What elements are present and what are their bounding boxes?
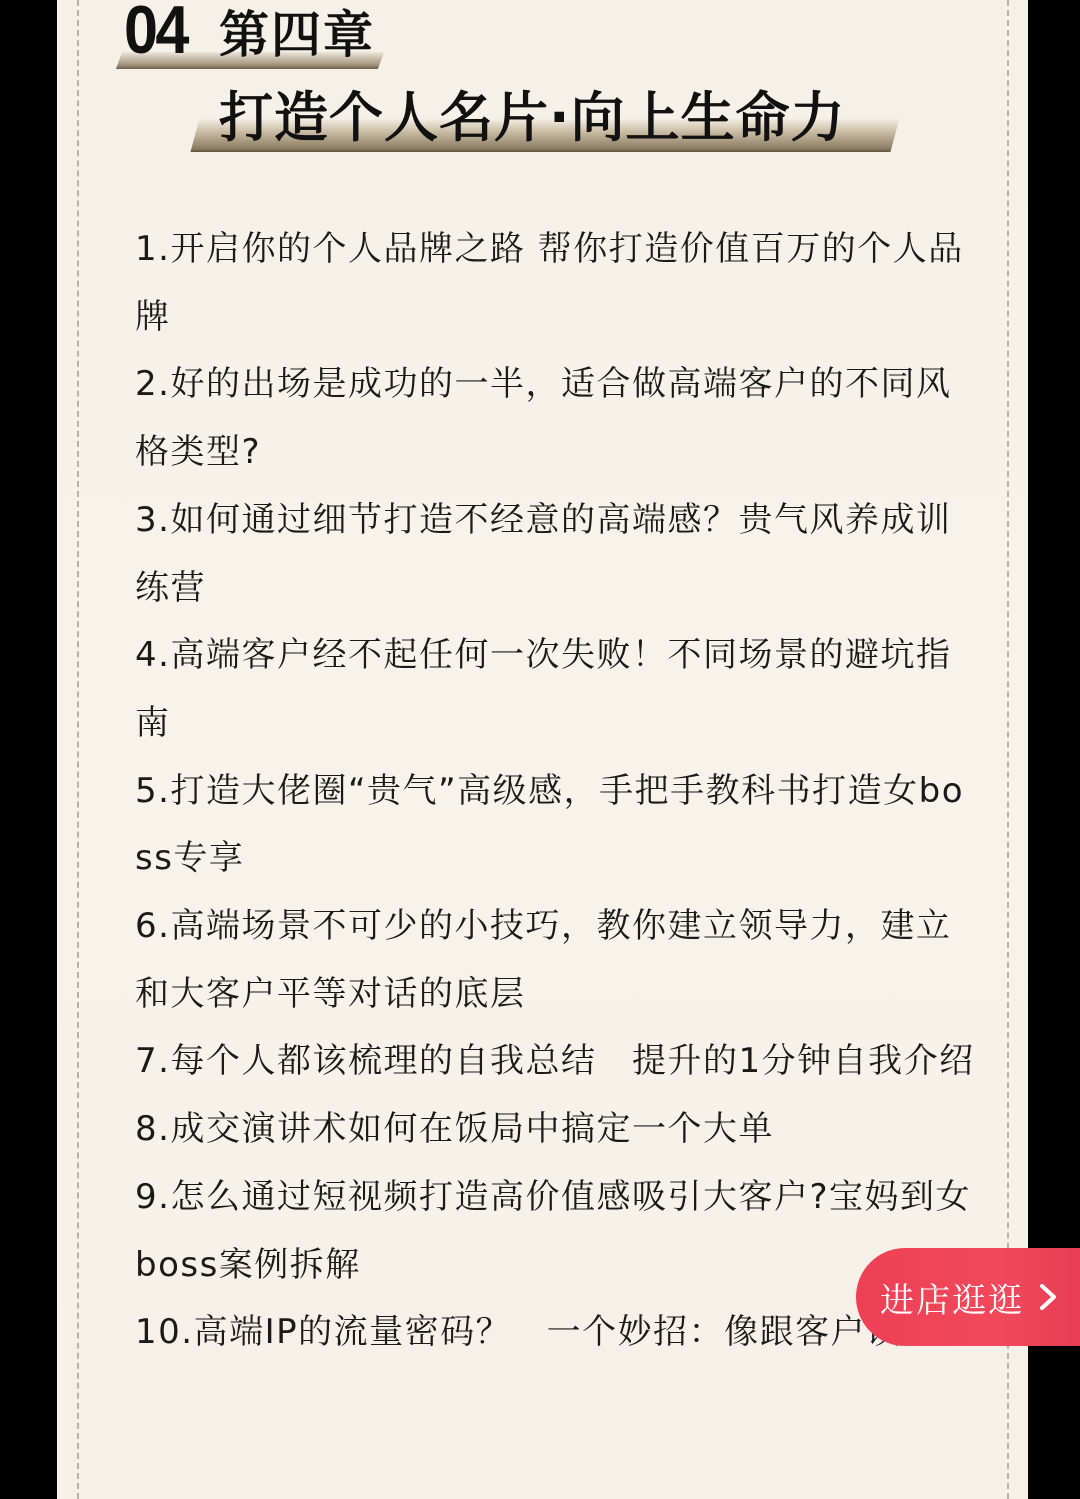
list-item: 8.成交演讲术如何在饭局中搞定一个大单 <box>135 1096 975 1164</box>
visit-shop-button[interactable]: 进店逛逛 <box>856 1248 1080 1346</box>
chevron-right-icon <box>1036 1282 1060 1312</box>
list-item: 9.怎么通过短视频打造高价值感吸引大客户?宝妈到女boss案例拆解 <box>135 1164 975 1299</box>
list-item: 3.如何通过细节打造不经意的高端感？贵气风养成训练营 <box>135 487 975 622</box>
list-item: 4.高端客户经不起任何一次失败！不同场景的避坑指南 <box>135 622 975 757</box>
dashed-border-left <box>77 0 79 1499</box>
list-item: 2.好的出场是成功的一半，适合做高端客户的不同风格类型? <box>135 351 975 486</box>
course-outline-list: 1.开启你的个人品牌之路 帮你打造价值百万的个人品牌 2.好的出场是成功的一半，… <box>135 216 975 1367</box>
page-title: 打造个人名片·向上生命力 <box>219 86 846 150</box>
list-item: 6.高端场景不可少的小技巧，教你建立领导力，建立和大客户平等对话的底层 <box>135 893 975 1028</box>
list-item: 5.打造大佬圈“贵气”高级感，手把手教科书打造女boss专享 <box>135 758 975 893</box>
chapter-number: 04 <box>124 0 187 64</box>
list-item: 1.开启你的个人品牌之路 帮你打造价值百万的个人品牌 <box>135 216 975 351</box>
page: 04 第四章 打造个人名片·向上生命力 1.开启你的个人品牌之路 帮你打造价值百… <box>0 0 1080 1499</box>
list-item: 10.高端IP的流量密码？ 一个妙招：像跟客户谈恋爱 <box>135 1299 975 1367</box>
visit-shop-label: 进店逛逛 <box>880 1273 1024 1322</box>
list-item: 7.每个人都该梳理的自我总结 提升的1分钟自我介绍 <box>135 1028 975 1096</box>
chapter-label: 第四章 <box>219 7 375 63</box>
